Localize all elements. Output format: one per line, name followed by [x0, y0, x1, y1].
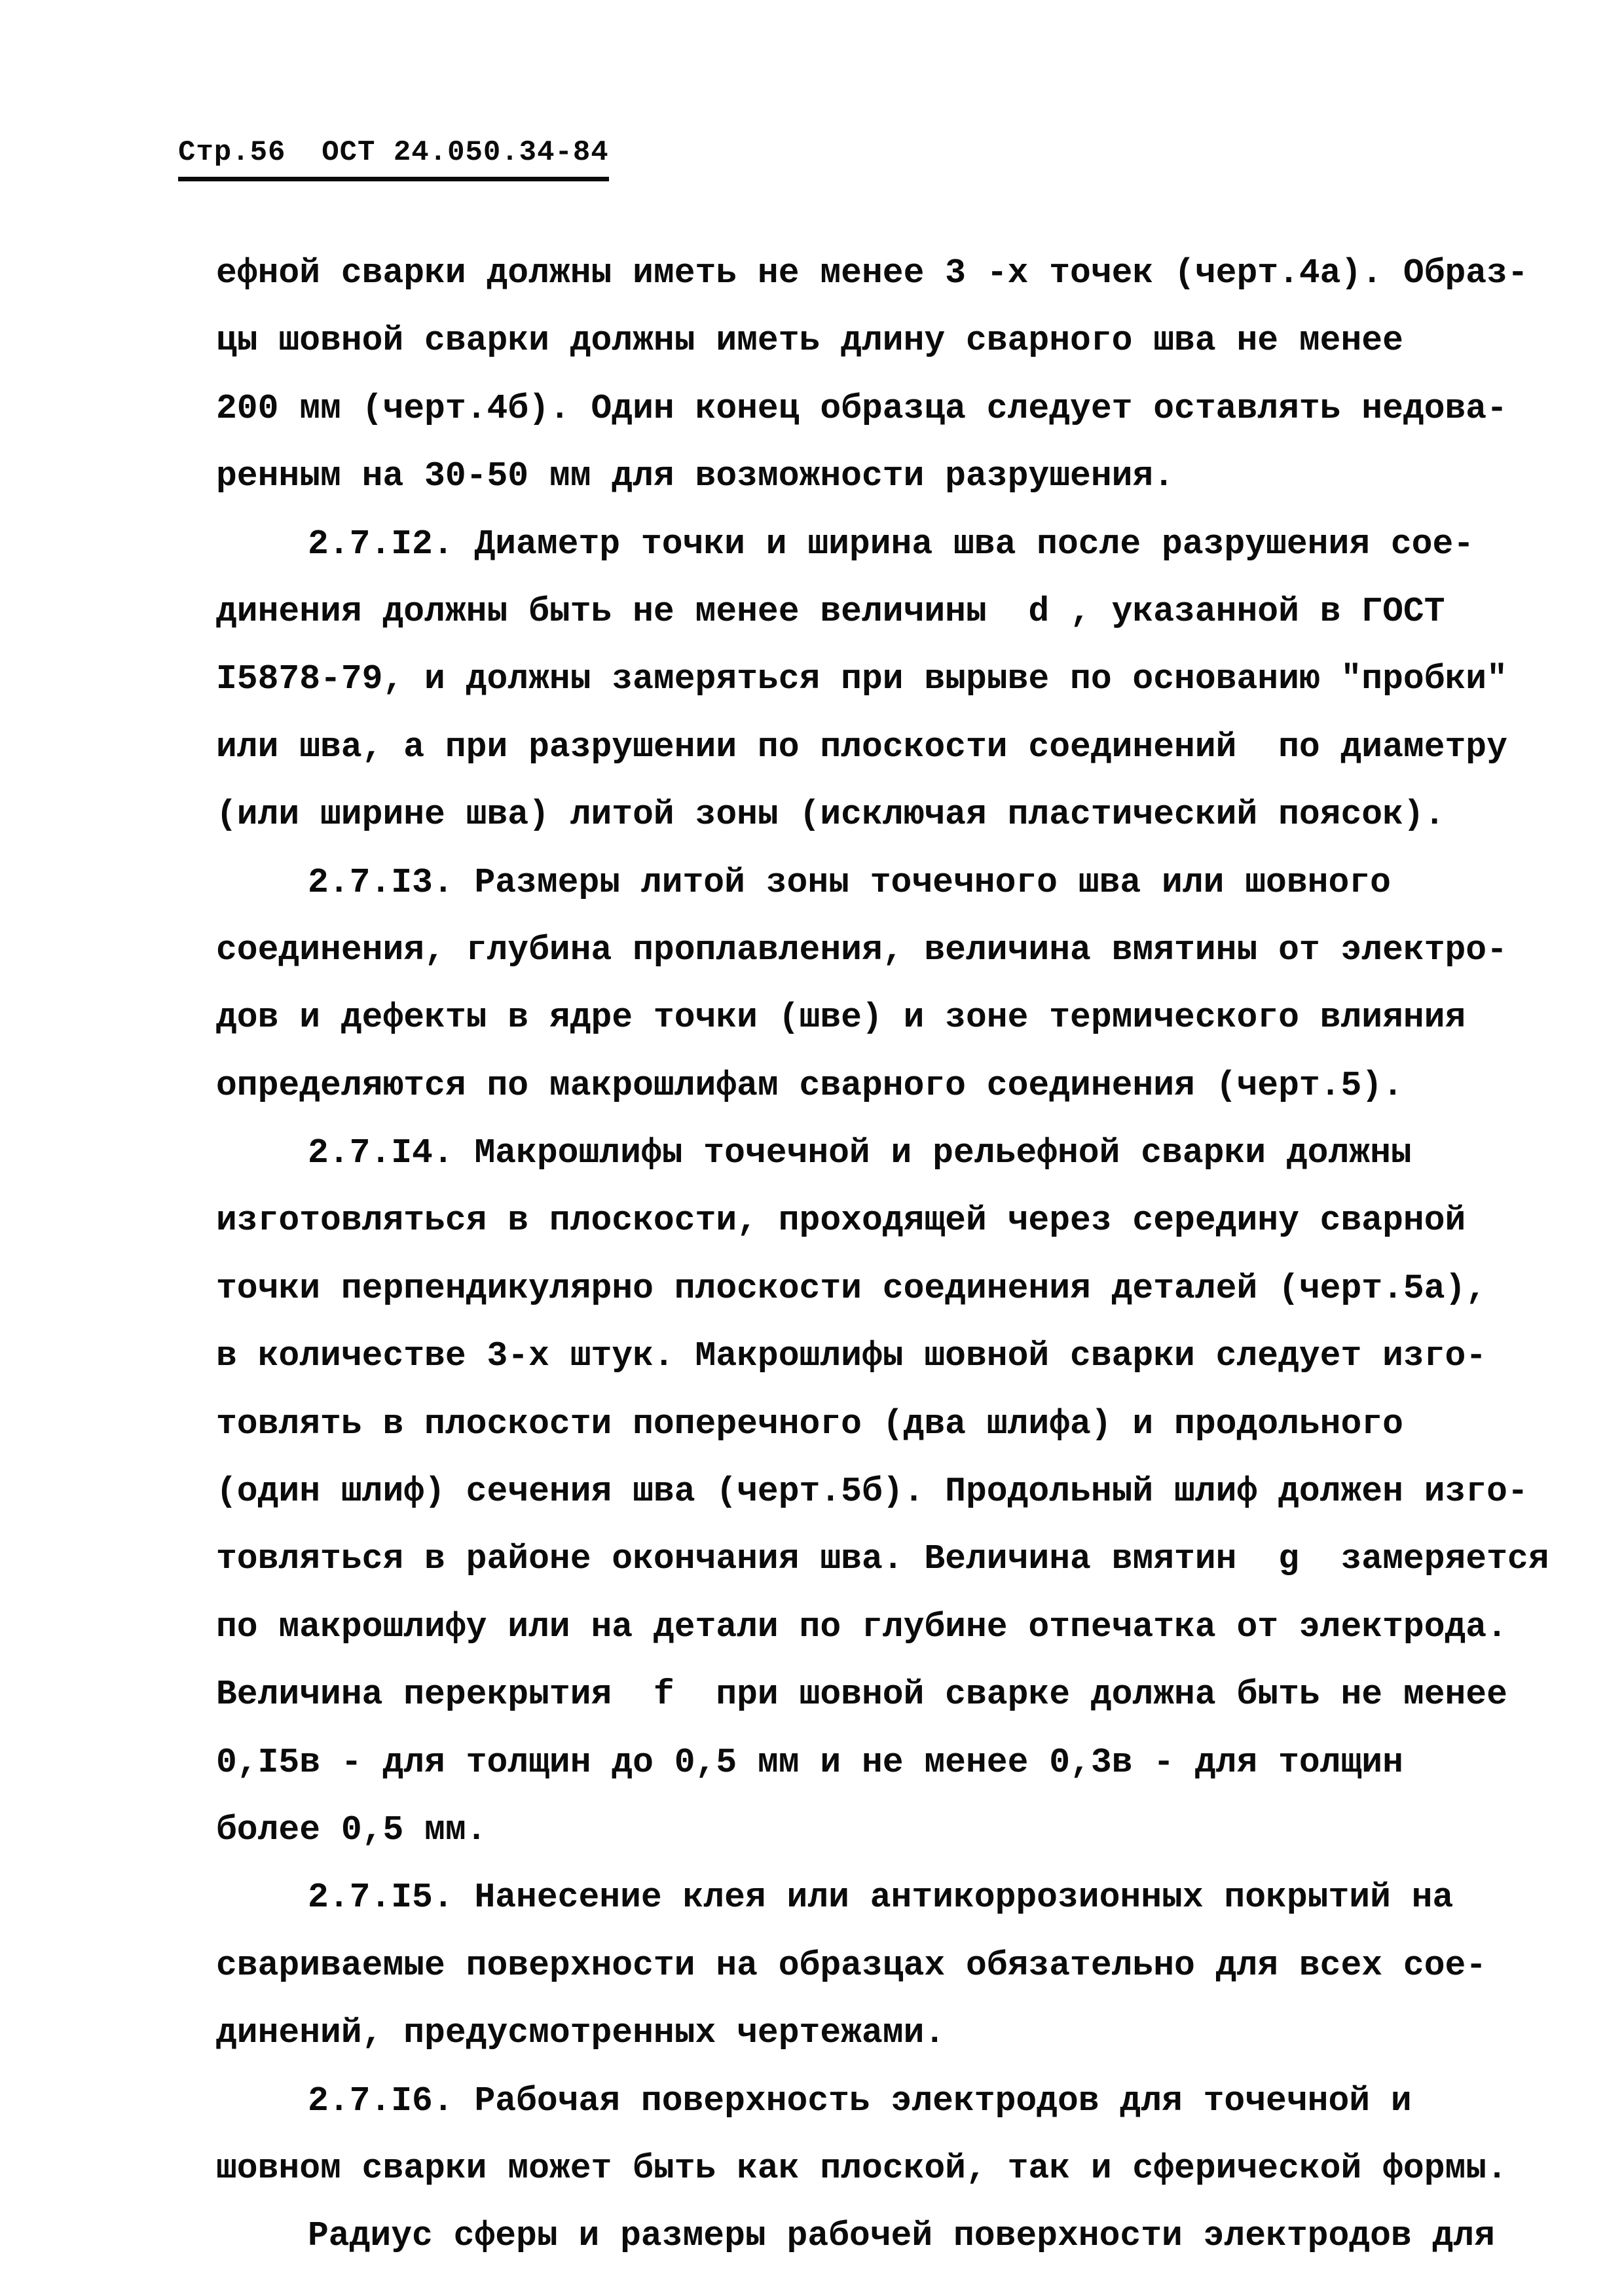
text-line: ренным на 30-50 мм для возможности разру… — [216, 443, 1565, 510]
text-line: свариваемые поверхности на образцах обяз… — [216, 1932, 1565, 1999]
text-line: соединения, глубина проплавления, величи… — [216, 917, 1565, 984]
text-line: 2.7.I3. Размеры литой зоны точечного шва… — [216, 849, 1565, 917]
text-line: точки перпендикулярно плоскости соединен… — [216, 1255, 1565, 1322]
text-line: (или ширине шва) литой зоны (исключая пл… — [216, 781, 1565, 848]
text-line: цы шовной сварки должны иметь длину свар… — [216, 307, 1565, 374]
text-line: шовном сварки может быть как плоской, та… — [216, 2135, 1565, 2202]
text-line: 200 мм (черт.4б). Один конец образца сле… — [216, 375, 1565, 443]
text-line: дов и дефекты в ядре точки (шве) и зоне … — [216, 984, 1565, 1051]
text-line: (один шлиф) сечения шва (черт.5б). Продо… — [216, 1458, 1565, 1525]
text-line: Радиус сферы и размеры рабочей поверхнос… — [216, 2202, 1565, 2270]
text-line: изготовляться в плоскости, проходящей че… — [216, 1187, 1565, 1254]
text-line: Величина перекрытия f при шовной сварке … — [216, 1661, 1565, 1728]
text-line: в количестве 3-х штук. Макрошлифы шовной… — [216, 1322, 1565, 1390]
text-line: более 0,5 мм. — [216, 1796, 1565, 1864]
text-line: 2.7.I2. Диаметр точки и ширина шва после… — [216, 511, 1565, 578]
text-body: ефной сварки должны иметь не менее 3 -х … — [216, 240, 1565, 2270]
text-line: товляться в районе окончания шва. Величи… — [216, 1525, 1565, 1593]
text-line: по макрошлифу или на детали по глубине о… — [216, 1594, 1565, 1661]
text-line: 2.7.I4. Макрошлифы точечной и рельефной … — [216, 1120, 1565, 1187]
text-line: 2.7.I5. Нанесение клея или антикоррозион… — [216, 1864, 1565, 1931]
text-line: динений, предусмотренных чертежами. — [216, 1999, 1565, 2067]
text-line: определяются по макрошлифам сварного сое… — [216, 1052, 1565, 1120]
text-line: ефной сварки должны иметь не менее 3 -х … — [216, 240, 1565, 307]
text-line: или шва, а при разрушении по плоскости с… — [216, 714, 1565, 781]
text-line: 2.7.I6. Рабочая поверхность электродов д… — [216, 2068, 1565, 2135]
document-page: Стр.56 ОСТ 24.050.34-84 ефной сварки дол… — [0, 0, 1624, 2296]
text-line: I5878-79, и должны замеряться при вырыве… — [216, 646, 1565, 713]
text-line: товлять в плоскости поперечного (два шли… — [216, 1391, 1565, 1458]
text-line: динения должны быть не менее величины d … — [216, 578, 1565, 646]
text-line: 0,I5в - для толщин до 0,5 мм и не менее … — [216, 1729, 1565, 1796]
page-header: Стр.56 ОСТ 24.050.34-84 — [178, 136, 609, 181]
